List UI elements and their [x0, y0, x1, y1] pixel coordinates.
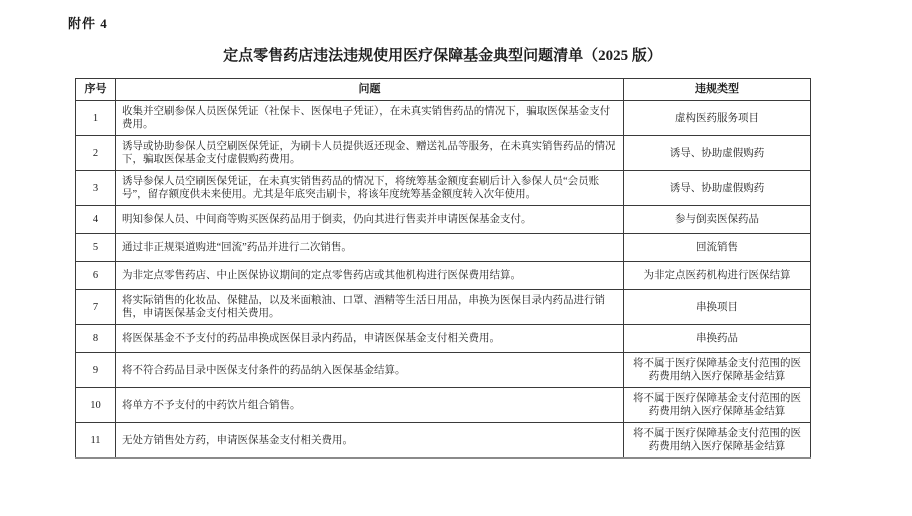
- document-page: 附件 4 定点零售药店违法违规使用医疗保障基金典型问题清单（2025 版） 序号…: [0, 0, 912, 516]
- row-no: 11: [76, 423, 116, 459]
- row-type: 为非定点医药机构进行医保结算: [624, 262, 811, 290]
- row-no: 8: [76, 325, 116, 353]
- table-body: 1 收集并空刷参保人员医保凭证（社保卡、医保电子凭证），在未真实销售药品的情况下…: [76, 101, 811, 459]
- row-type: 串换项目: [624, 290, 811, 325]
- row-problem: 诱导参保人员空刷医保凭证，在未真实销售药品的情况下，将统筹基金额度套刷后计入参保…: [116, 171, 624, 206]
- header-problem: 问题: [116, 79, 624, 101]
- table-row: 3 诱导参保人员空刷医保凭证，在未真实销售药品的情况下，将统筹基金额度套刷后计入…: [76, 171, 811, 206]
- row-problem: 无处方销售处方药，申请医保基金支付相关费用。: [116, 423, 624, 459]
- row-type: 回流销售: [624, 234, 811, 262]
- row-no: 3: [76, 171, 116, 206]
- table-row: 1 收集并空刷参保人员医保凭证（社保卡、医保电子凭证），在未真实销售药品的情况下…: [76, 101, 811, 136]
- table-header: 序号 问题 违规类型: [76, 79, 811, 101]
- row-problem: 将不符合药品目录中医保支付条件的药品纳入医保基金结算。: [116, 353, 624, 388]
- row-type: 参与倒卖医保药品: [624, 206, 811, 234]
- row-no: 6: [76, 262, 116, 290]
- row-no: 10: [76, 388, 116, 423]
- table-row: 9 将不符合药品目录中医保支付条件的药品纳入医保基金结算。 将不属于医疗保障基金…: [76, 353, 811, 388]
- row-no: 1: [76, 101, 116, 136]
- table-row: 10 将单方不予支付的中药饮片组合销售。 将不属于医疗保障基金支付范围的医药费用…: [76, 388, 811, 423]
- row-type: 将不属于医疗保障基金支付范围的医药费用纳入医疗保障基金结算: [624, 423, 811, 459]
- row-problem: 为非定点零售药店、中止医保协议期间的定点零售药店或其他机构进行医保费用结算。: [116, 262, 624, 290]
- row-problem: 收集并空刷参保人员医保凭证（社保卡、医保电子凭证），在未真实销售药品的情况下，骗…: [116, 101, 624, 136]
- table-row: 4 明知参保人员、中间商等购买医保药品用于倒卖，仍向其进行售卖并申请医保基金支付…: [76, 206, 811, 234]
- violations-table: 序号 问题 违规类型 1 收集并空刷参保人员医保凭证（社保卡、医保电子凭证），在…: [75, 78, 811, 459]
- row-problem: 明知参保人员、中间商等购买医保药品用于倒卖，仍向其进行售卖并申请医保基金支付。: [116, 206, 624, 234]
- header-type: 违规类型: [624, 79, 811, 101]
- page-title: 定点零售药店违法违规使用医疗保障基金典型问题清单（2025 版）: [75, 44, 810, 65]
- row-no: 4: [76, 206, 116, 234]
- row-no: 2: [76, 136, 116, 171]
- table-row: 6 为非定点零售药店、中止医保协议期间的定点零售药店或其他机构进行医保费用结算。…: [76, 262, 811, 290]
- row-no: 7: [76, 290, 116, 325]
- row-problem: 将医保基金不予支付的药品串换成医保目录内药品，申请医保基金支付相关费用。: [116, 325, 624, 353]
- header-no: 序号: [76, 79, 116, 101]
- row-type: 串换药品: [624, 325, 811, 353]
- row-type: 诱导、协助虚假购药: [624, 171, 811, 206]
- row-problem: 将实际销售的化妆品、保健品，以及米面粮油、口罩、酒精等生活日用品，串换为医保目录…: [116, 290, 624, 325]
- row-no: 5: [76, 234, 116, 262]
- table-row: 2 诱导或协助参保人员空刷医保凭证，为刷卡人员提供返还现金、赠送礼品等服务，在未…: [76, 136, 811, 171]
- row-problem: 将单方不予支付的中药饮片组合销售。: [116, 388, 624, 423]
- row-type: 诱导、协助虚假购药: [624, 136, 811, 171]
- attachment-label: 附件 4: [68, 13, 108, 32]
- row-no: 9: [76, 353, 116, 388]
- table-row: 5 通过非正规渠道购进“回流”药品并进行二次销售。 回流销售: [76, 234, 811, 262]
- header-row: 序号 问题 违规类型: [76, 79, 811, 101]
- row-problem: 通过非正规渠道购进“回流”药品并进行二次销售。: [116, 234, 624, 262]
- table-row: 8 将医保基金不予支付的药品串换成医保目录内药品，申请医保基金支付相关费用。 串…: [76, 325, 811, 353]
- row-type: 虚构医药服务项目: [624, 101, 811, 136]
- row-type: 将不属于医疗保障基金支付范围的医药费用纳入医疗保障基金结算: [624, 388, 811, 423]
- table-row: 7 将实际销售的化妆品、保健品，以及米面粮油、口罩、酒精等生活日用品，串换为医保…: [76, 290, 811, 325]
- table-row: 11 无处方销售处方药，申请医保基金支付相关费用。 将不属于医疗保障基金支付范围…: [76, 423, 811, 459]
- row-problem: 诱导或协助参保人员空刷医保凭证，为刷卡人员提供返还现金、赠送礼品等服务，在未真实…: [116, 136, 624, 171]
- row-type: 将不属于医疗保障基金支付范围的医药费用纳入医疗保障基金结算: [624, 353, 811, 388]
